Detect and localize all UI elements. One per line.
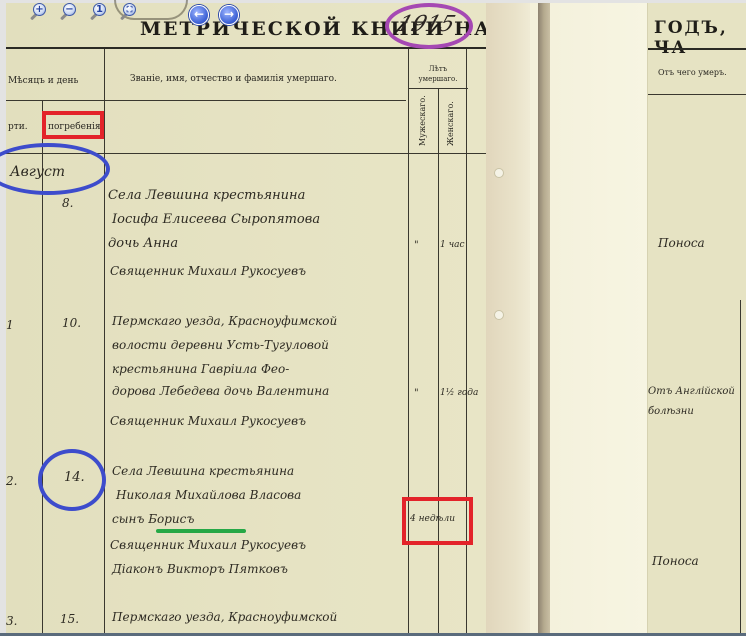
- right-table-top-rule: [648, 48, 746, 50]
- header-death: рти.: [8, 122, 28, 132]
- blank-facing-sheet: [550, 3, 648, 633]
- entry-1-line-3: дочь Анна: [108, 236, 178, 251]
- entry-2-line-1: Пермскаго уезда, Красноуфимской: [112, 314, 337, 328]
- entry-3-line-3: сынъ Борисъ: [112, 512, 194, 526]
- torn-page-edge: [486, 3, 534, 633]
- right-header-bottom-rule: [648, 94, 746, 95]
- register-page-right: [647, 3, 746, 633]
- annotation-name-underline: [156, 529, 246, 533]
- annotation-day-circle: [38, 449, 106, 511]
- entry-2-line-4: дорова Лебедева дочь Валентина: [112, 384, 329, 398]
- entry-3-cause: Поноса: [652, 554, 699, 568]
- entry-1-line-1: Села Левшина крестьянина: [108, 188, 305, 203]
- header-male: Мужескаго.: [418, 100, 427, 146]
- zoom-out-button[interactable]: −: [60, 2, 82, 24]
- next-image-button[interactable]: →: [219, 5, 239, 25]
- col-female-line: [466, 49, 467, 633]
- header-name: Званіе, имя, отчество и фамилія умершаго…: [130, 74, 337, 84]
- book-spine-fold: [538, 3, 550, 633]
- entry-4-row-number: 3.: [6, 614, 17, 628]
- entry-1-female-age: 1 час: [440, 240, 465, 250]
- entry-2-cause: Отъ Англійской болѣзни: [648, 382, 744, 422]
- zoom-out-icon: −: [63, 3, 76, 16]
- entry-3-line-2: Николая Михайлова Власова: [116, 488, 301, 502]
- entry-3-line-5: Діаконъ Викторъ Пятковъ: [112, 562, 288, 576]
- previous-image-button[interactable]: ←: [189, 5, 209, 25]
- annotation-burial-header-box: [42, 111, 104, 139]
- entry-2-female-age: 1½ года: [440, 388, 478, 398]
- entry-2-male-mark: ": [414, 388, 419, 399]
- zoom-in-button[interactable]: +: [30, 2, 52, 24]
- header-age: Лѣтъ умершаго.: [412, 64, 464, 84]
- entry-1-line-4: Священник Михаил Рукосуевъ: [110, 264, 306, 278]
- actual-size-icon: 1: [93, 3, 106, 16]
- header-female: Женскаго.: [446, 100, 455, 146]
- col-name-line: [408, 49, 409, 633]
- entry-4-line-1: Пермскаго уезда, Красноуфимской: [112, 610, 337, 624]
- entry-4-burial-day: 15.: [60, 612, 79, 626]
- fit-to-window-icon: ⛶: [123, 3, 136, 16]
- entry-2-line-5: Священник Михаил Рукосуевъ: [110, 414, 306, 428]
- header-divider: [6, 100, 406, 101]
- entry-3-line-1: Села Левшина крестьянина: [112, 464, 294, 478]
- entry-3-line-4: Священник Михаил Рукосуевъ: [110, 538, 306, 552]
- annotation-year-circle: [385, 3, 473, 49]
- actual-size-button[interactable]: 1: [90, 2, 112, 24]
- right-col-line: [740, 300, 741, 633]
- entry-3-row-number: 2.: [6, 474, 17, 488]
- fit-to-window-button[interactable]: ⛶: [120, 2, 142, 24]
- punch-hole: [494, 310, 504, 320]
- header-cause: Отъ чего умеръ.: [658, 68, 727, 77]
- page-title-right: ГОДЪ, ЧА: [654, 18, 746, 58]
- entry-1-line-2: Іосифа Елисеева Сыропятова: [112, 212, 320, 227]
- header-month-day: Мѣсяцъ и день: [8, 76, 78, 86]
- zoom-in-icon: +: [33, 3, 46, 16]
- entry-2-line-2: волости деревни Усть-Тугуловой: [112, 338, 329, 352]
- entry-1-cause: Поноса: [658, 236, 705, 250]
- entry-2-burial-day: 10.: [62, 316, 81, 330]
- col-burial-line: [104, 49, 105, 633]
- entry-1-burial-day: 8.: [62, 196, 73, 210]
- entry-2-row-number: 1: [6, 318, 14, 332]
- punch-hole: [494, 168, 504, 178]
- entry-1-male-mark: ": [414, 240, 419, 251]
- image-viewer[interactable]: МЕТРИЧЕСКОЙ КНИГИ НА 1915 Мѣсяцъ и день …: [0, 0, 746, 636]
- col-male-line: [438, 88, 439, 633]
- entry-2-line-3: крестьянина Гавріила Фео-: [112, 362, 289, 376]
- annotation-age-box: [402, 497, 473, 545]
